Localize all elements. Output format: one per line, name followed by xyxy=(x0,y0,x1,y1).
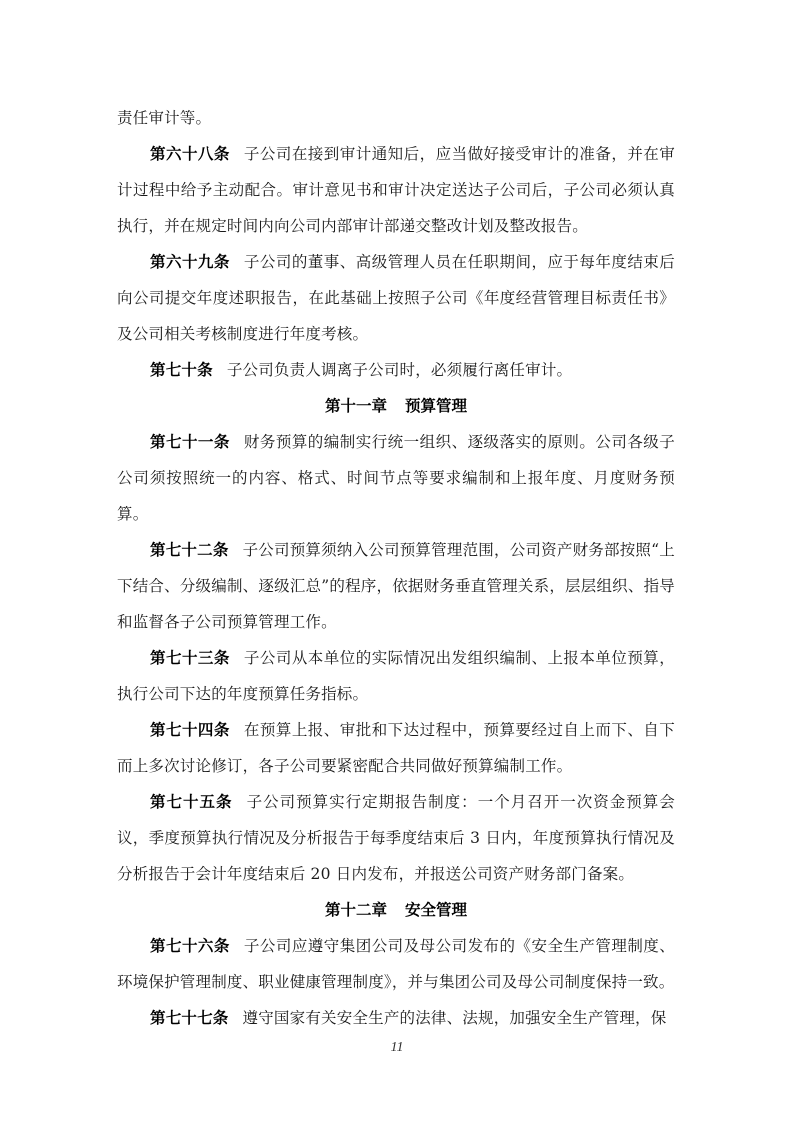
article-label: 第七十一条 xyxy=(150,433,230,451)
article-text: 子公司负责人调离子公司时，必须履行离任审计。 xyxy=(227,361,572,379)
chapter-title: 安全管理 xyxy=(405,901,467,919)
article-label: 第六十八条 xyxy=(150,145,230,163)
article-75: 第七十五条子公司预算实行定期报告制度：一个月召开一次资金预算会议，季度预算执行情… xyxy=(117,784,675,892)
chapter-heading-11: 第十一章预算管理 xyxy=(117,388,675,424)
article-label: 第七十六条 xyxy=(150,937,230,955)
article-label: 第六十九条 xyxy=(150,253,230,271)
article-71: 第七十一条财务预算的编制实行统一组织、逐级落实的原则。公司各级子公司须按照统一的… xyxy=(117,424,675,532)
article-69: 第六十九条子公司的董事、高级管理人员在任职期间，应于每年度结束后向公司提交年度述… xyxy=(117,244,675,352)
article-70: 第七十条子公司负责人调离子公司时，必须履行离任审计。 xyxy=(117,352,675,388)
article-68: 第六十八条子公司在接到审计通知后，应当做好接受审计的准备，并在审计过程中给予主动… xyxy=(117,136,675,244)
article-label: 第七十七条 xyxy=(150,1009,229,1027)
chapter-number: 第十一章 xyxy=(325,397,387,415)
article-label: 第七十条 xyxy=(150,361,213,379)
article-label: 第七十五条 xyxy=(150,793,233,811)
article-text: 遵守国家有关安全生产的法律、法规，加强安全生产管理，保 xyxy=(243,1009,667,1027)
article-77: 第七十七条遵守国家有关安全生产的法律、法规，加强安全生产管理，保 xyxy=(117,1000,675,1036)
chapter-number: 第十二章 xyxy=(325,901,387,919)
article-label: 第七十四条 xyxy=(150,721,230,739)
article-76: 第七十六条子公司应遵守集团公司及母公司发布的《安全生产管理制度、环境保护管理制度… xyxy=(117,928,675,1000)
chapter-title: 预算管理 xyxy=(405,397,467,415)
article-label: 第七十二条 xyxy=(150,541,229,559)
chapter-heading-12: 第十二章安全管理 xyxy=(117,892,675,928)
page-number: 11 xyxy=(0,1040,794,1056)
document-page-body: 责任审计等。 第六十八条子公司在接到审计通知后，应当做好接受审计的准备，并在审计… xyxy=(117,100,675,1036)
article-73: 第七十三条子公司从本单位的实际情况出发组织编制、上报本单位预算，执行公司下达的年… xyxy=(117,640,675,712)
continuation-paragraph: 责任审计等。 xyxy=(117,100,675,136)
article-label: 第七十三条 xyxy=(150,649,230,667)
article-72: 第七十二条子公司预算须纳入公司预算管理范围，公司资产财务部按照“上下结合、分级编… xyxy=(117,532,675,640)
article-74: 第七十四条在预算上报、审批和下达过程中，预算要经过自上而下、自下而上多次讨论修订… xyxy=(117,712,675,784)
